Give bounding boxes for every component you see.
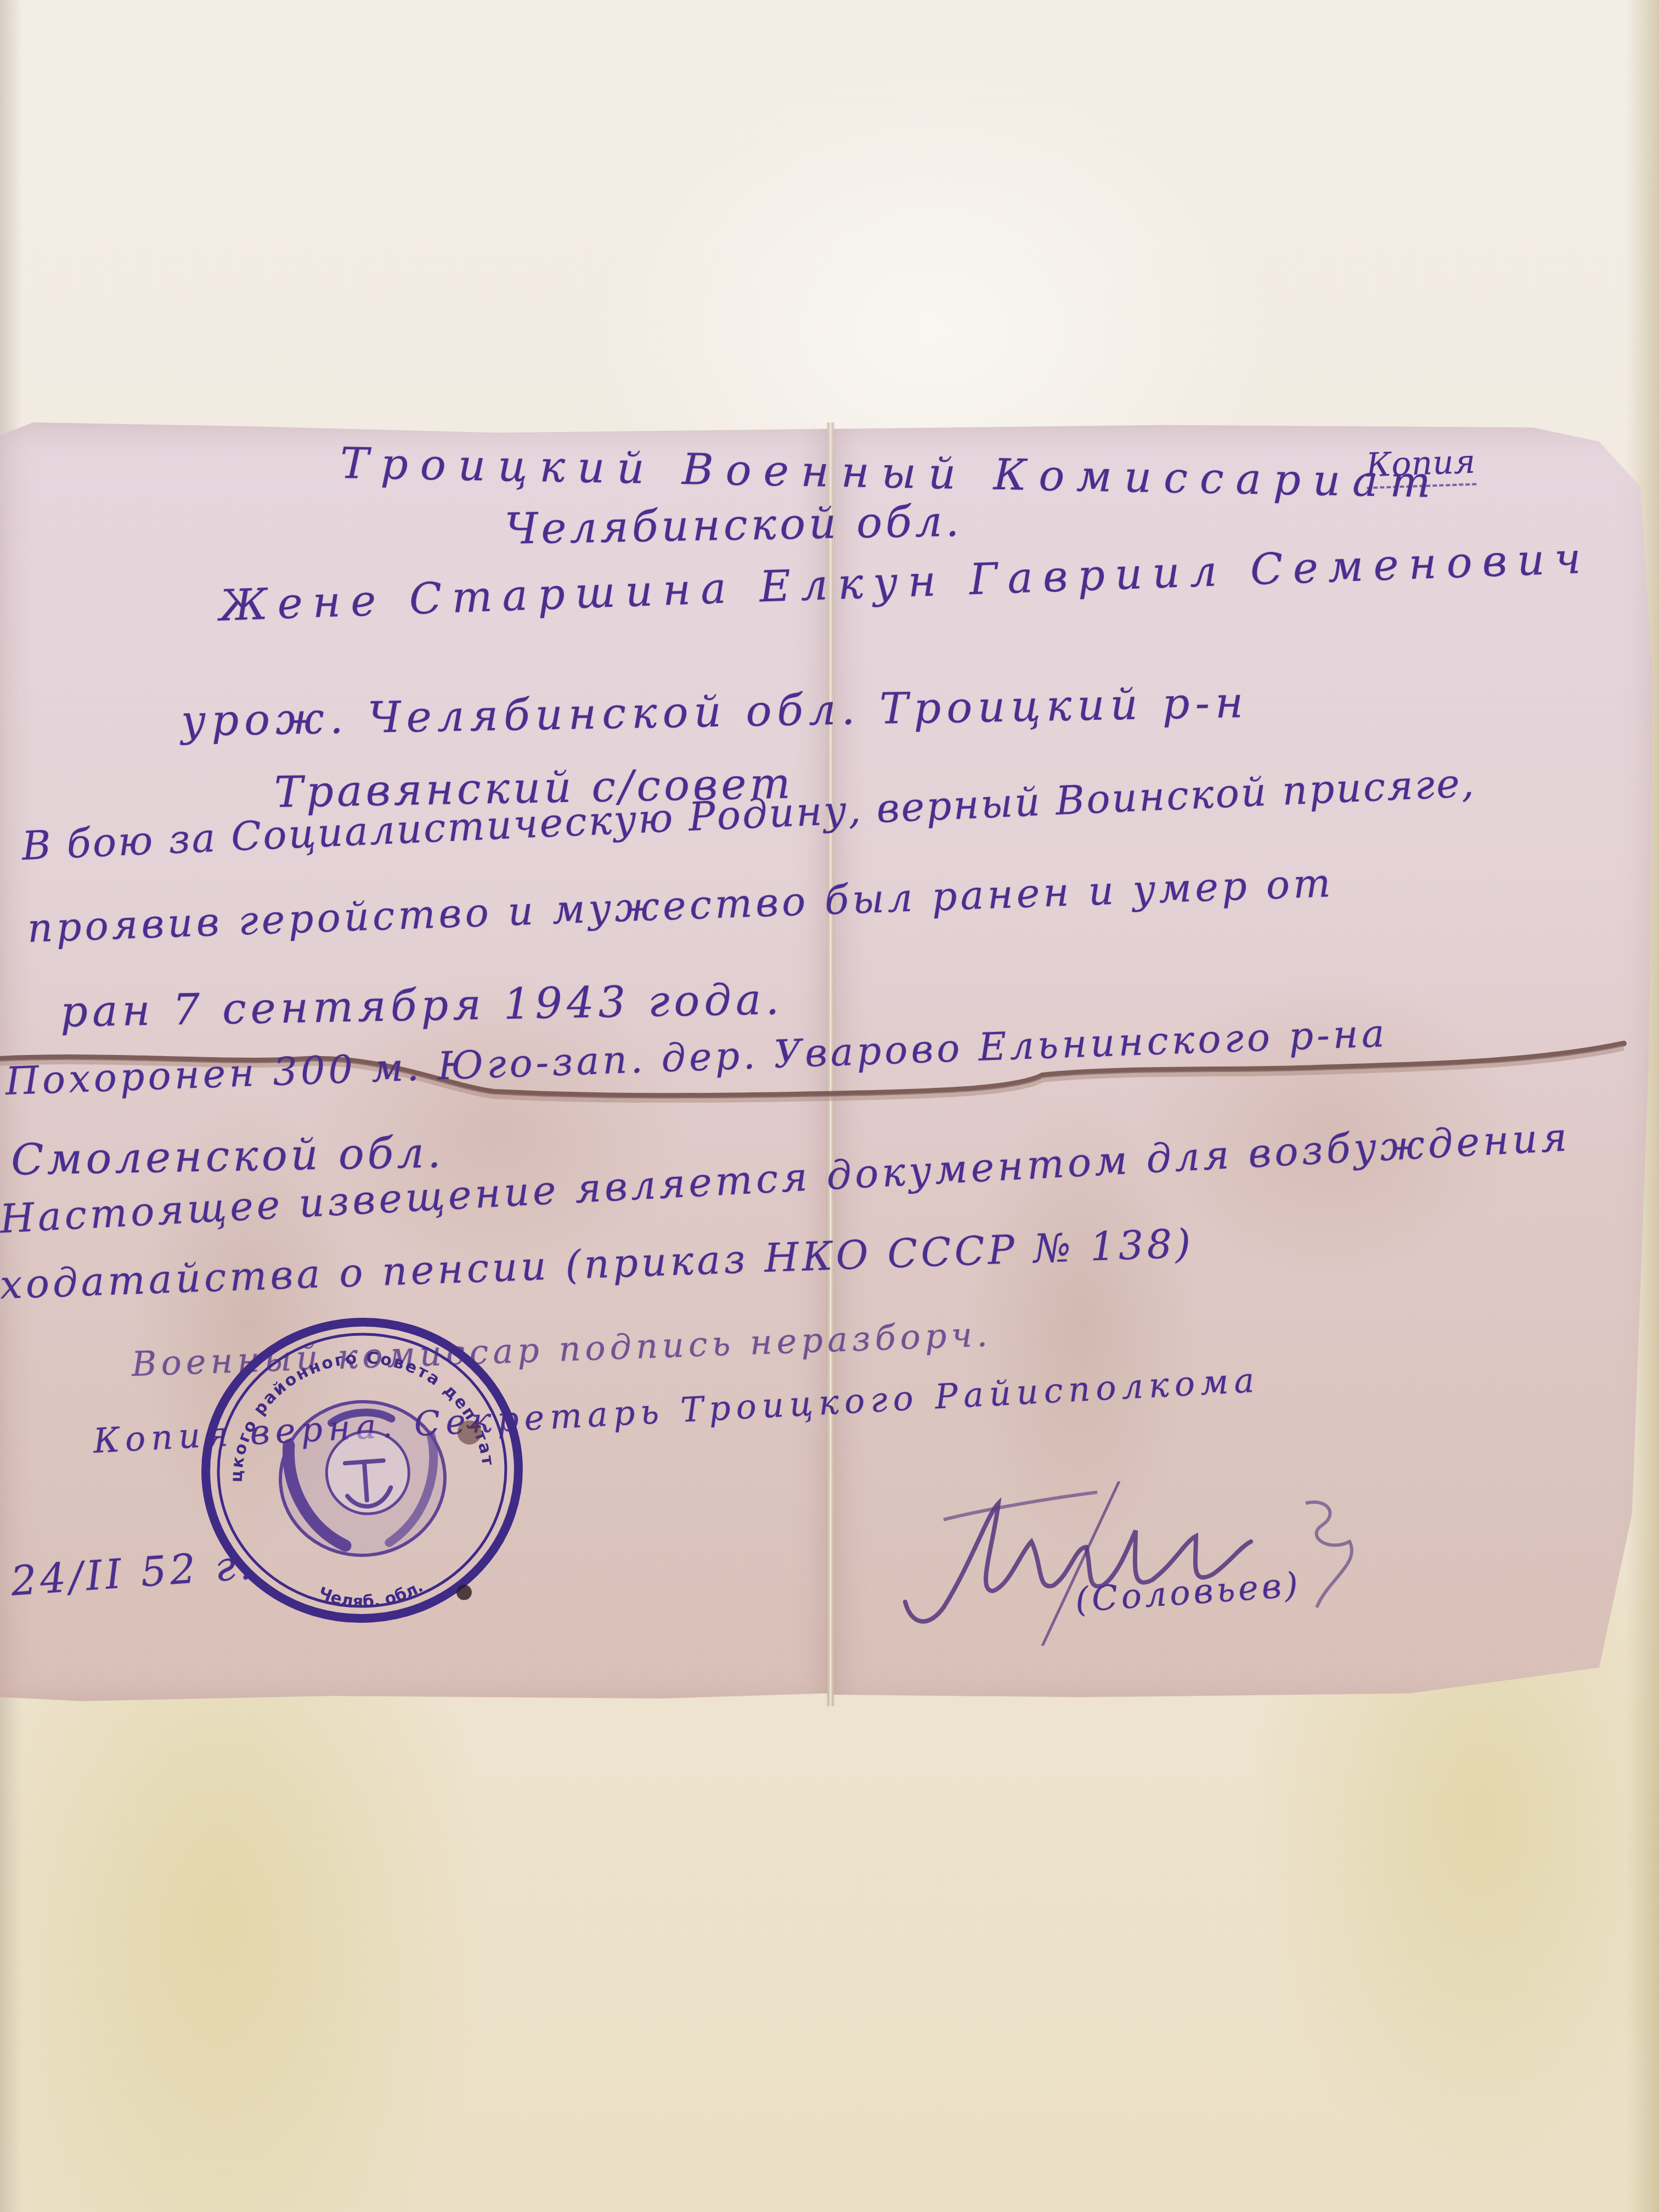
header-line-2: Челябинской обл. bbox=[504, 496, 963, 554]
coat-of-arms-icon bbox=[275, 1396, 450, 1561]
handwritten-signature bbox=[889, 1481, 1547, 1646]
official-stamp: Исполком Троицкого районного Совета депу… bbox=[187, 1303, 537, 1638]
